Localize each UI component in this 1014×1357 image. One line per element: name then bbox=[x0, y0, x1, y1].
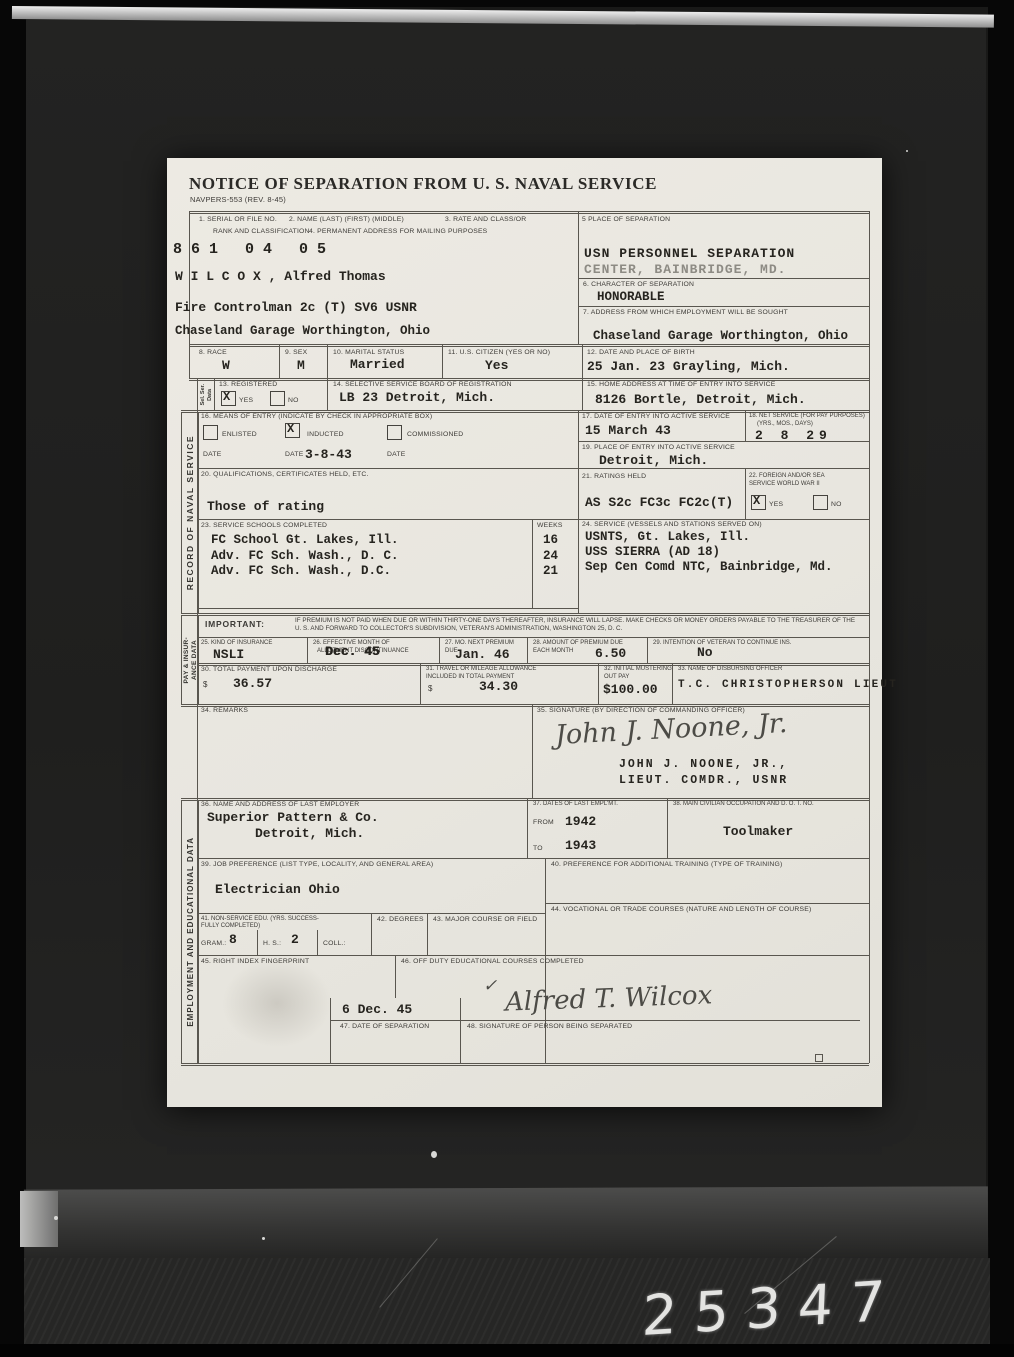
form-line bbox=[545, 903, 869, 904]
form-line bbox=[745, 410, 746, 441]
marital-status-value: Married bbox=[350, 357, 405, 372]
field46-label: 46. OFF DUTY EDUCATIONAL COURSES COMPLET… bbox=[401, 958, 584, 965]
vessel-line: Sep Cen Comd NTC, Bainbridge, Md. bbox=[585, 560, 833, 574]
separation-place-line2: CENTER, BAINBRIDGE, MD. bbox=[584, 262, 786, 277]
field43-label: 43. MAJOR COURSE OR FIELD bbox=[433, 916, 537, 923]
registered-yes-label: YES bbox=[239, 397, 253, 404]
field9-label: 9. SEX bbox=[285, 349, 307, 356]
form-line bbox=[647, 637, 648, 663]
field24-label: 24. SERVICE (VESSELS AND STATIONS SERVED… bbox=[582, 521, 762, 528]
field40-label: 40. PREFERENCE FOR ADDITIONAL TRAINING (… bbox=[551, 861, 782, 868]
form-line bbox=[667, 798, 668, 858]
field5-label: 5 PLACE OF SEPARATION bbox=[582, 216, 670, 223]
important-heading: IMPORTANT: bbox=[205, 619, 265, 629]
form-line bbox=[460, 998, 461, 1063]
co-typed-name-line1: JOHN J. NOONE, JR., bbox=[619, 758, 788, 771]
separation-place-line1: USN PERSONNEL SEPARATION bbox=[584, 246, 795, 261]
form-line bbox=[330, 998, 331, 1063]
employer-line2: Detroit, Mich. bbox=[255, 826, 364, 841]
sidebar-employment-educational-data: EMPLOYMENT AND EDUCATIONAL DATA bbox=[181, 800, 199, 1063]
field10-label: 10. MARITAL STATUS bbox=[333, 349, 404, 356]
inducted-date-value: 3-8-43 bbox=[305, 447, 352, 462]
enlisted-checkbox bbox=[203, 425, 218, 440]
disbursing-officer-value: T.C. CHRISTOPHERSON LIEUT bbox=[678, 679, 898, 691]
form-line bbox=[371, 913, 372, 955]
form-line bbox=[598, 663, 599, 704]
next-premium-value: Jan. 46 bbox=[455, 647, 510, 662]
form-line bbox=[330, 1020, 860, 1021]
form-line bbox=[395, 955, 396, 998]
empl-to-label: TO bbox=[533, 845, 543, 852]
field3-label: 3. RATE AND CLASS/OR bbox=[445, 216, 526, 223]
form-title: NOTICE OF SEPARATION FROM U. S. NAVAL SE… bbox=[189, 174, 657, 194]
form-line bbox=[442, 344, 443, 378]
field12-label: 12. DATE AND PLACE OF BIRTH bbox=[587, 349, 695, 356]
form-line bbox=[279, 344, 280, 378]
form-line bbox=[578, 278, 869, 279]
field44-label: 44. VOCATIONAL OR TRADE COURSES (NATURE … bbox=[551, 906, 811, 913]
foreign-service-no-label: NO bbox=[831, 501, 842, 508]
employment-address-value: Chaseland Garage Worthington, Ohio bbox=[593, 329, 848, 343]
photo-right-edge bbox=[988, 0, 1014, 1357]
field1-label: 1. SERIAL OR FILE NO. bbox=[199, 216, 277, 223]
inducted-label: INDUCTED bbox=[307, 431, 344, 438]
inducted-checkbox: X bbox=[285, 423, 300, 438]
field4-label: 4. PERMANENT ADDRESS FOR MAILING PURPOSE… bbox=[309, 228, 487, 235]
school-weeks: 16 bbox=[543, 533, 558, 547]
field21-label: 21. RATINGS HELD bbox=[582, 473, 646, 480]
form-line bbox=[582, 344, 583, 378]
field29-label: 29. INTENTION OF VETERAN TO CONTINUE INS… bbox=[653, 640, 791, 646]
inducted-date-label: DATE bbox=[285, 451, 303, 458]
form-line bbox=[189, 344, 869, 347]
job-preference-value: Electrician Ohio bbox=[215, 882, 340, 897]
field6-label: 6. CHARACTER OF SEPARATION bbox=[583, 281, 694, 288]
paper-roll-edge bbox=[24, 1186, 988, 1261]
form-line bbox=[869, 211, 870, 1063]
ss-board-value: LB 23 Detroit, Mich. bbox=[339, 390, 495, 405]
continue-insurance-value: No bbox=[697, 645, 713, 660]
field11-label: 11. U.S. CITIZEN (YES OR NO) bbox=[448, 349, 550, 356]
commanding-officer-signature: John J. Noone, Jr. bbox=[554, 708, 788, 751]
discontinuance-month-value: Dec. 45 bbox=[325, 644, 380, 659]
coll-label: COLL.: bbox=[323, 940, 346, 947]
form-line bbox=[327, 344, 328, 378]
sidebar-sel-ser-line1: Sel. Ser. bbox=[200, 384, 206, 405]
field32-label2: OUT PAY bbox=[604, 674, 629, 680]
entry-place-value: Detroit, Mich. bbox=[599, 453, 708, 468]
field37-label: 37. DATES OF LAST EMPL'MT. bbox=[533, 801, 618, 807]
enlisted-label: ENLISTED bbox=[222, 431, 257, 438]
form-line bbox=[257, 930, 258, 955]
form-line bbox=[307, 637, 308, 663]
school-row: FC School Gt. Lakes, Ill. bbox=[211, 533, 399, 547]
field3-label2: RANK AND CLASSIFICATION bbox=[213, 228, 310, 235]
sex-value: M bbox=[297, 358, 305, 373]
gram-value: 8 bbox=[229, 932, 237, 947]
form-line bbox=[189, 211, 869, 214]
field25-label: 25. KIND OF INSURANCE bbox=[201, 640, 272, 646]
form-line bbox=[527, 637, 528, 663]
school-weeks: 21 bbox=[543, 564, 558, 578]
form-line bbox=[439, 637, 440, 663]
field16-label: 16. MEANS OF ENTRY (INDICATE BY CHECK IN… bbox=[201, 413, 432, 420]
field31-label: 31. TRAVEL OR MILEAGE ALLOWANCE bbox=[426, 666, 536, 672]
field18-label2: (YRS., MOS., DAYS) bbox=[757, 421, 813, 427]
field27-label: 27. MO. NEXT PREMIUM bbox=[445, 640, 514, 646]
empl-from-value: 1942 bbox=[565, 814, 596, 829]
sidebar-pay-insurance-data: PAY & INSUR- ANCE DATA bbox=[181, 616, 199, 704]
hs-label: H. S.: bbox=[263, 940, 281, 947]
travel-allowance-value: 34.30 bbox=[479, 679, 518, 694]
dust-speck bbox=[431, 1151, 437, 1158]
form-line bbox=[427, 913, 428, 955]
field38-label: 38. MAIN CIVILIAN OCCUPATION AND D. O. T… bbox=[673, 801, 814, 807]
form-line bbox=[189, 344, 190, 378]
form-line bbox=[197, 468, 869, 469]
form-line bbox=[317, 930, 318, 955]
field22-label2: SERVICE WORLD WAR II bbox=[749, 481, 820, 487]
registered-no-checkbox bbox=[270, 391, 285, 406]
co-typed-name-line2: LIEUT. COMDR., USNR bbox=[619, 774, 788, 787]
photo-bottom-edge bbox=[0, 1344, 1014, 1357]
enlisted-date-label: DATE bbox=[203, 451, 221, 458]
occupation-value: Toolmaker bbox=[723, 824, 793, 839]
race-value: W bbox=[222, 358, 230, 373]
field41-label2: FULLY COMPLETED) bbox=[201, 923, 260, 929]
sidebar-record-label: RECORD OF NAVAL SERVICE bbox=[185, 435, 195, 590]
citizen-value: Yes bbox=[485, 358, 508, 373]
field48-label: 48. SIGNATURE OF PERSON BEING SEPARATED bbox=[467, 1023, 632, 1030]
photo-top-edge bbox=[0, 0, 1014, 7]
form-line bbox=[672, 663, 673, 704]
form-line bbox=[197, 519, 869, 520]
commissioned-checkbox bbox=[387, 425, 402, 440]
commissioned-date-label: DATE bbox=[387, 451, 405, 458]
field8-label: 8. RACE bbox=[199, 349, 227, 356]
field20-label: 20. QUALIFICATIONS, CERTIFICATES HELD, E… bbox=[201, 471, 369, 478]
form-line bbox=[181, 613, 869, 616]
form-line bbox=[745, 468, 746, 519]
form-line bbox=[197, 858, 869, 859]
field18-label: 18. NET SERVICE (FOR PAY PURPOSES) bbox=[749, 413, 865, 419]
dust-speck bbox=[262, 1237, 265, 1240]
serial-number-value: 861 04 05 bbox=[173, 241, 335, 258]
fingerprint-smudge bbox=[222, 958, 332, 1048]
field34-label: 34. REMARKS bbox=[201, 707, 248, 714]
field28-label2: EACH MONTH bbox=[533, 648, 573, 654]
field39-label: 39. JOB PREFERENCE (LIST TYPE, LOCALITY,… bbox=[201, 861, 433, 868]
foreign-service-yes-checkbox: X bbox=[751, 495, 766, 510]
sidebar-sel-ser-data: Sel. Ser. Data bbox=[197, 379, 215, 410]
sidebar-sel-ser-line2: Data bbox=[207, 389, 213, 401]
insurance-kind-value: NSLI bbox=[213, 647, 244, 662]
foreign-service-yes-label: YES bbox=[769, 501, 783, 508]
important-notice-text: IF PREMIUM IS NOT PAID WHEN DUE OR WITHI… bbox=[295, 617, 863, 633]
form-line bbox=[578, 441, 869, 442]
sidebar-employment-label: EMPLOYMENT AND EDUCATIONAL DATA bbox=[186, 837, 195, 1027]
weeks-column-label: WEEKS bbox=[537, 522, 563, 529]
form-number: NAVPERS-553 (REV. 8-45) bbox=[190, 195, 286, 204]
empl-from-label: FROM bbox=[533, 819, 554, 826]
form-line bbox=[181, 704, 869, 707]
field19-label: 19. PLACE OF ENTRY INTO ACTIVE SERVICE bbox=[582, 444, 735, 451]
photo-left-edge bbox=[0, 0, 26, 1357]
total-payment-value: 36.57 bbox=[233, 676, 272, 691]
ratings-value: AS S2c FC3c FC2c(T) bbox=[585, 495, 733, 510]
vessel-line: USNTS, Gt. Lakes, Ill. bbox=[585, 530, 750, 544]
form-line bbox=[181, 1063, 869, 1066]
gram-label: GRAM.: bbox=[201, 940, 226, 947]
field30-currency: $ bbox=[203, 680, 208, 689]
field22-label: 22. FOREIGN AND/OR SEA bbox=[749, 473, 825, 479]
field33-label: 33. NAME OF DISBURSING OFFICER bbox=[678, 666, 782, 672]
character-of-separation-value: HONORABLE bbox=[597, 290, 665, 304]
light-tab-mark bbox=[20, 1191, 58, 1247]
school-row: Adv. FC Sch. Wash., D.C. bbox=[211, 564, 391, 578]
form-line bbox=[578, 306, 869, 307]
field42-label: 42. DEGREES bbox=[377, 916, 424, 923]
sidebar-pay-line2: ANCE DATA bbox=[191, 640, 198, 680]
checkbox-x-mark: X bbox=[223, 390, 230, 404]
registered-no-label: NO bbox=[288, 397, 299, 404]
school-weeks: 24 bbox=[543, 549, 558, 563]
field30-label: 30. TOTAL PAYMENT UPON DISCHARGE bbox=[201, 666, 337, 673]
separation-form-document: NOTICE OF SEPARATION FROM U. S. NAVAL SE… bbox=[167, 158, 882, 1107]
separation-date-value: 6 Dec. 45 bbox=[342, 1002, 412, 1017]
printer-mark-square bbox=[815, 1054, 823, 1062]
field7-label: 7. ADDRESS FROM WHICH EMPLOYMENT WILL BE… bbox=[583, 309, 788, 316]
field17-label: 17. DATE OF ENTRY INTO ACTIVE SERVICE bbox=[582, 413, 730, 420]
name-value: W I L C O X , Alfred Thomas bbox=[175, 269, 386, 284]
field32-label: 32. INITIAL MUSTERING bbox=[604, 666, 672, 672]
field14-label: 14. SELECTIVE SERVICE BOARD OF REGISTRAT… bbox=[333, 381, 512, 388]
field47-label: 47. DATE OF SEPARATION bbox=[340, 1023, 429, 1030]
field15-label: 15. HOME ADDRESS AT TIME OF ENTRY INTO S… bbox=[587, 381, 775, 388]
school-row: Adv. FC Sch. Wash., D. C. bbox=[211, 549, 399, 563]
form-line bbox=[532, 704, 533, 798]
commissioned-label: COMMISSIONED bbox=[407, 431, 463, 438]
employer-line1: Superior Pattern & Co. bbox=[207, 810, 379, 825]
field41-label: 41. NON-SERVICE EDU. (YRS. SUCCESS- bbox=[201, 916, 319, 922]
form-line bbox=[197, 637, 869, 638]
entry-date-value: 15 March 43 bbox=[585, 423, 671, 438]
form-line bbox=[197, 955, 869, 956]
field2-label: 2. NAME (LAST) (FIRST) (MIDDLE) bbox=[289, 216, 404, 223]
form-line bbox=[197, 608, 578, 609]
mailing-address-value: Chaseland Garage Worthington, Ohio bbox=[175, 324, 430, 338]
form-line bbox=[527, 798, 528, 858]
mustering-pay-value: $100.00 bbox=[603, 682, 658, 697]
birth-value: 25 Jan. 23 Grayling, Mich. bbox=[587, 359, 790, 374]
hs-value: 2 bbox=[291, 932, 299, 947]
rate-value: Fire Controlman 2c (T) SV6 USNR bbox=[175, 300, 417, 315]
photograph-of-document: 25347 NOTICE OF SEPARATION FROM U. S. NA… bbox=[0, 0, 1014, 1357]
field13-label: 13. REGISTERED bbox=[219, 381, 277, 388]
premium-amount-value: 6.50 bbox=[595, 646, 626, 661]
home-address-value: 8126 Bortle, Detroit, Mich. bbox=[595, 392, 806, 407]
dust-speck bbox=[54, 1216, 58, 1220]
checkbox-x-mark: X bbox=[287, 422, 294, 436]
dust-speck bbox=[906, 150, 908, 152]
form-line bbox=[327, 379, 328, 410]
sidebar-pay-line1: PAY & INSUR- bbox=[183, 637, 190, 683]
separatee-signature: Alfred T. Wilcox bbox=[505, 980, 713, 1017]
vessel-line: USS SIERRA (AD 18) bbox=[585, 545, 720, 559]
check-mark: ✓ bbox=[483, 976, 497, 996]
form-line bbox=[582, 379, 583, 410]
checkbox-x-mark: X bbox=[753, 494, 760, 508]
form-line bbox=[532, 519, 533, 608]
foreign-service-no-checkbox bbox=[813, 495, 828, 510]
field31-currency: $ bbox=[428, 684, 433, 693]
field36-label: 36. NAME AND ADDRESS OF LAST EMPLOYER bbox=[201, 801, 359, 808]
form-line bbox=[420, 663, 421, 704]
registered-yes-checkbox: X bbox=[221, 391, 236, 406]
empl-to-value: 1943 bbox=[565, 838, 596, 853]
qualifications-value: Those of rating bbox=[207, 499, 324, 514]
field23-label: 23. SERVICE SCHOOLS COMPLETED bbox=[201, 522, 327, 529]
